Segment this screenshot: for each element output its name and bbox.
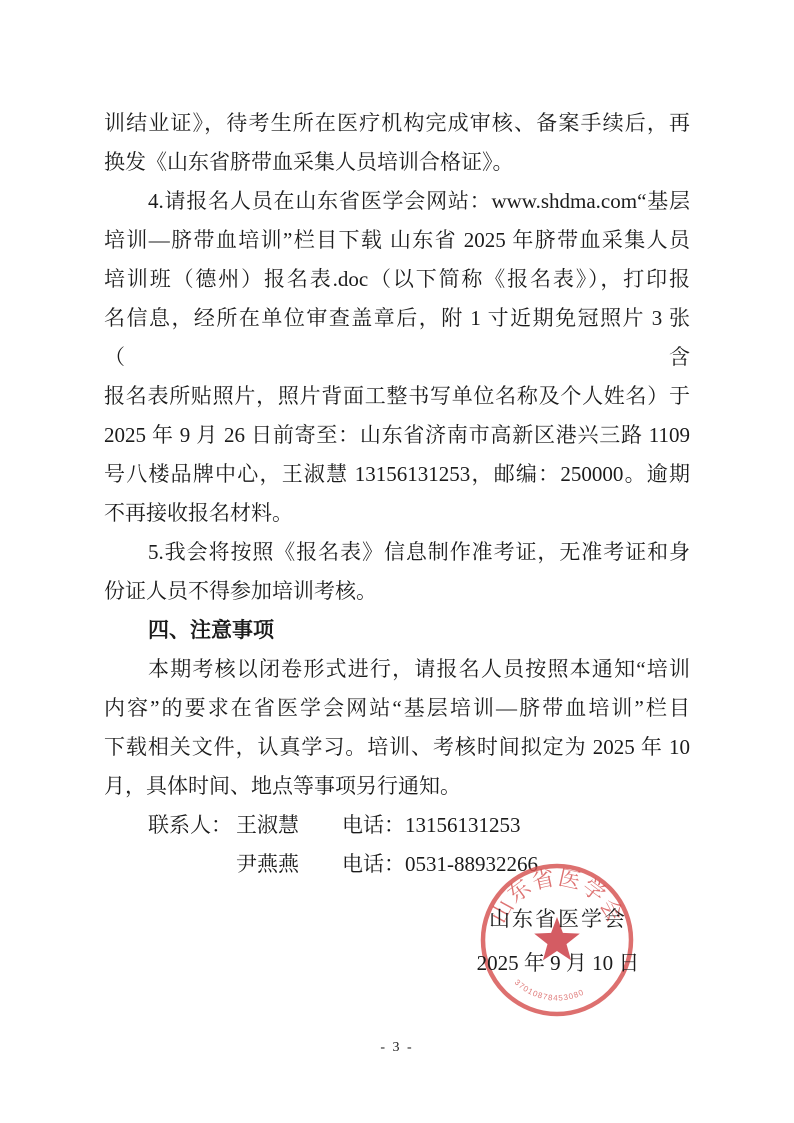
contact-row: 尹燕燕 电话： 0531-88932266 — [148, 845, 690, 884]
contact-label: 联系人： — [148, 806, 236, 845]
doc-line: 月，具体时间、地点等事项另行通知。 — [104, 767, 690, 806]
doc-line: 本期考核以闭卷形式进行，请报名人员按照本通知“培训 — [104, 650, 690, 689]
doc-line: 内容”的要求在省医学会网站“基层培训—脐带血培训”栏目 — [104, 689, 690, 728]
contact-label — [148, 845, 236, 884]
doc-line: 换发《山东省脐带血采集人员培训合格证》。 — [104, 143, 690, 182]
signature-date: 2025 年 9 月 10 日 — [432, 947, 684, 977]
doc-line: 培训班（德州）报名表.doc（以下简称《报名表》），打印报 — [104, 260, 690, 299]
doc-line: 不再接收报名材料。 — [104, 494, 690, 533]
doc-line: 4.请报名人员在山东省医学会网站：www.shdma.com“基层 — [104, 182, 690, 221]
seal-serial-number: 37010878453080 — [513, 978, 586, 1003]
doc-line: 训结业证》，待考生所在医疗机构完成审核、备案手续后，再 — [104, 104, 690, 143]
seal-circle — [483, 866, 631, 1014]
contact-name: 王淑慧 — [236, 806, 342, 845]
document-body: 训结业证》，待考生所在医疗机构完成审核、备案手续后，再 换发《山东省脐带血采集人… — [104, 104, 690, 884]
signature-organization: 山东省医学会 — [432, 903, 684, 933]
doc-line: 2025 年 9 月 26 日前寄至：山东省济南市高新区港兴三路 1109 — [104, 416, 690, 455]
contact-phone: 0531-88932266 — [405, 845, 538, 884]
doc-line: 培训—脐带血培训”栏目下载 山东省 2025 年脐带血采集人员 — [104, 221, 690, 260]
doc-line: 号八楼品牌中心，王淑慧 13156131253，邮编：250000。逾期 — [104, 455, 690, 494]
contact-phone-label: 电话： — [342, 845, 405, 884]
doc-line: 名信息，经所在单位审查盖章后，附 1 寸近期免冠照片 3 张（含 — [104, 299, 690, 377]
contact-phone: 13156131253 — [405, 806, 521, 845]
section-heading-notes: 四、注意事项 — [104, 611, 690, 650]
contact-name: 尹燕燕 — [236, 845, 342, 884]
contact-phone-label: 电话： — [342, 806, 405, 845]
document-page: 训结业证》，待考生所在医疗机构完成审核、备案手续后，再 换发《山东省脐带血采集人… — [0, 0, 794, 1123]
page-number: - 3 - — [0, 1040, 794, 1056]
doc-line: 报名表所贴照片，照片背面工整书写单位名称及个人姓名）于 — [104, 377, 690, 416]
doc-line: 下载相关文件，认真学习。培训、考核时间拟定为 2025 年 10 — [104, 728, 690, 767]
contact-row: 联系人： 王淑慧 电话： 13156131253 — [148, 806, 690, 845]
doc-line: 份证人员不得参加培训考核。 — [104, 572, 690, 611]
doc-line: 5.我会将按照《报名表》信息制作准考证，无准考证和身 — [104, 533, 690, 572]
